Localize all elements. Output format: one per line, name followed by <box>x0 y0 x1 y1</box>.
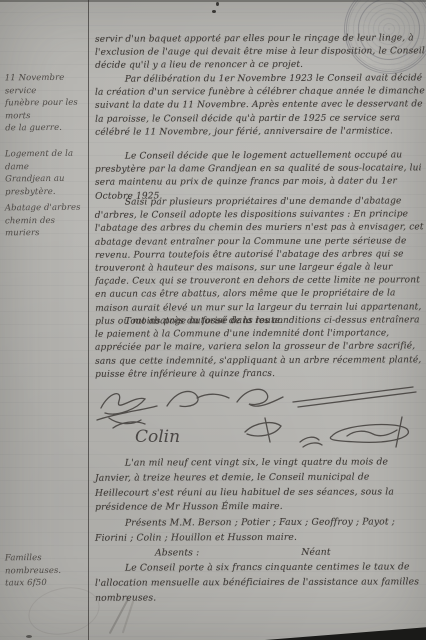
margin-rule-line <box>88 0 89 640</box>
paragraph-seance-1926: L'an mil neuf cent vingt six, le vingt q… <box>95 455 425 516</box>
signature-colin: Colin <box>135 427 180 447</box>
paragraph-presents: Présents M.M. Berson ; Potier ; Faux ; G… <box>95 515 425 546</box>
signatures-block: Colin <box>95 384 420 454</box>
ink-dot <box>212 10 216 13</box>
margin-note-familles: Familles nombreuses. taux 6f50 <box>5 552 85 590</box>
absents-value: Néant <box>271 546 330 561</box>
margin-note-logement: Logement de la dame Grandjean au presbyt… <box>5 148 85 199</box>
ink-dot <box>216 2 219 6</box>
absents-label: Absents : <box>125 546 199 561</box>
scan-edge-mark <box>26 635 32 638</box>
register-page-scan: 11 Novembre service funèbre pour les mor… <box>0 0 426 640</box>
paragraph-familles-taux: Le Conseil porte à six francs cinquante … <box>95 560 425 606</box>
paragraph-indemnite: Tout abatage autorisé dans les condition… <box>95 314 425 381</box>
paragraph-baquet-fin: servir d'un baquet apporté par elles pou… <box>95 32 425 73</box>
margin-note-11-novembre: 11 Novembre service funèbre pour les mor… <box>5 72 86 135</box>
absents-line: Absents : Néant <box>95 545 425 561</box>
scan-bottom-edge <box>265 625 426 640</box>
paper-stain <box>24 581 104 640</box>
margin-note-abatage: Abatage d'arbres chemin des muriers <box>5 202 85 240</box>
paragraph-abatage-regles: Saisi par plusieurs propriétaires d'une … <box>95 195 426 328</box>
paragraph-service-funebre: Par délibération du 1er Novembre 1923 le… <box>95 72 425 139</box>
